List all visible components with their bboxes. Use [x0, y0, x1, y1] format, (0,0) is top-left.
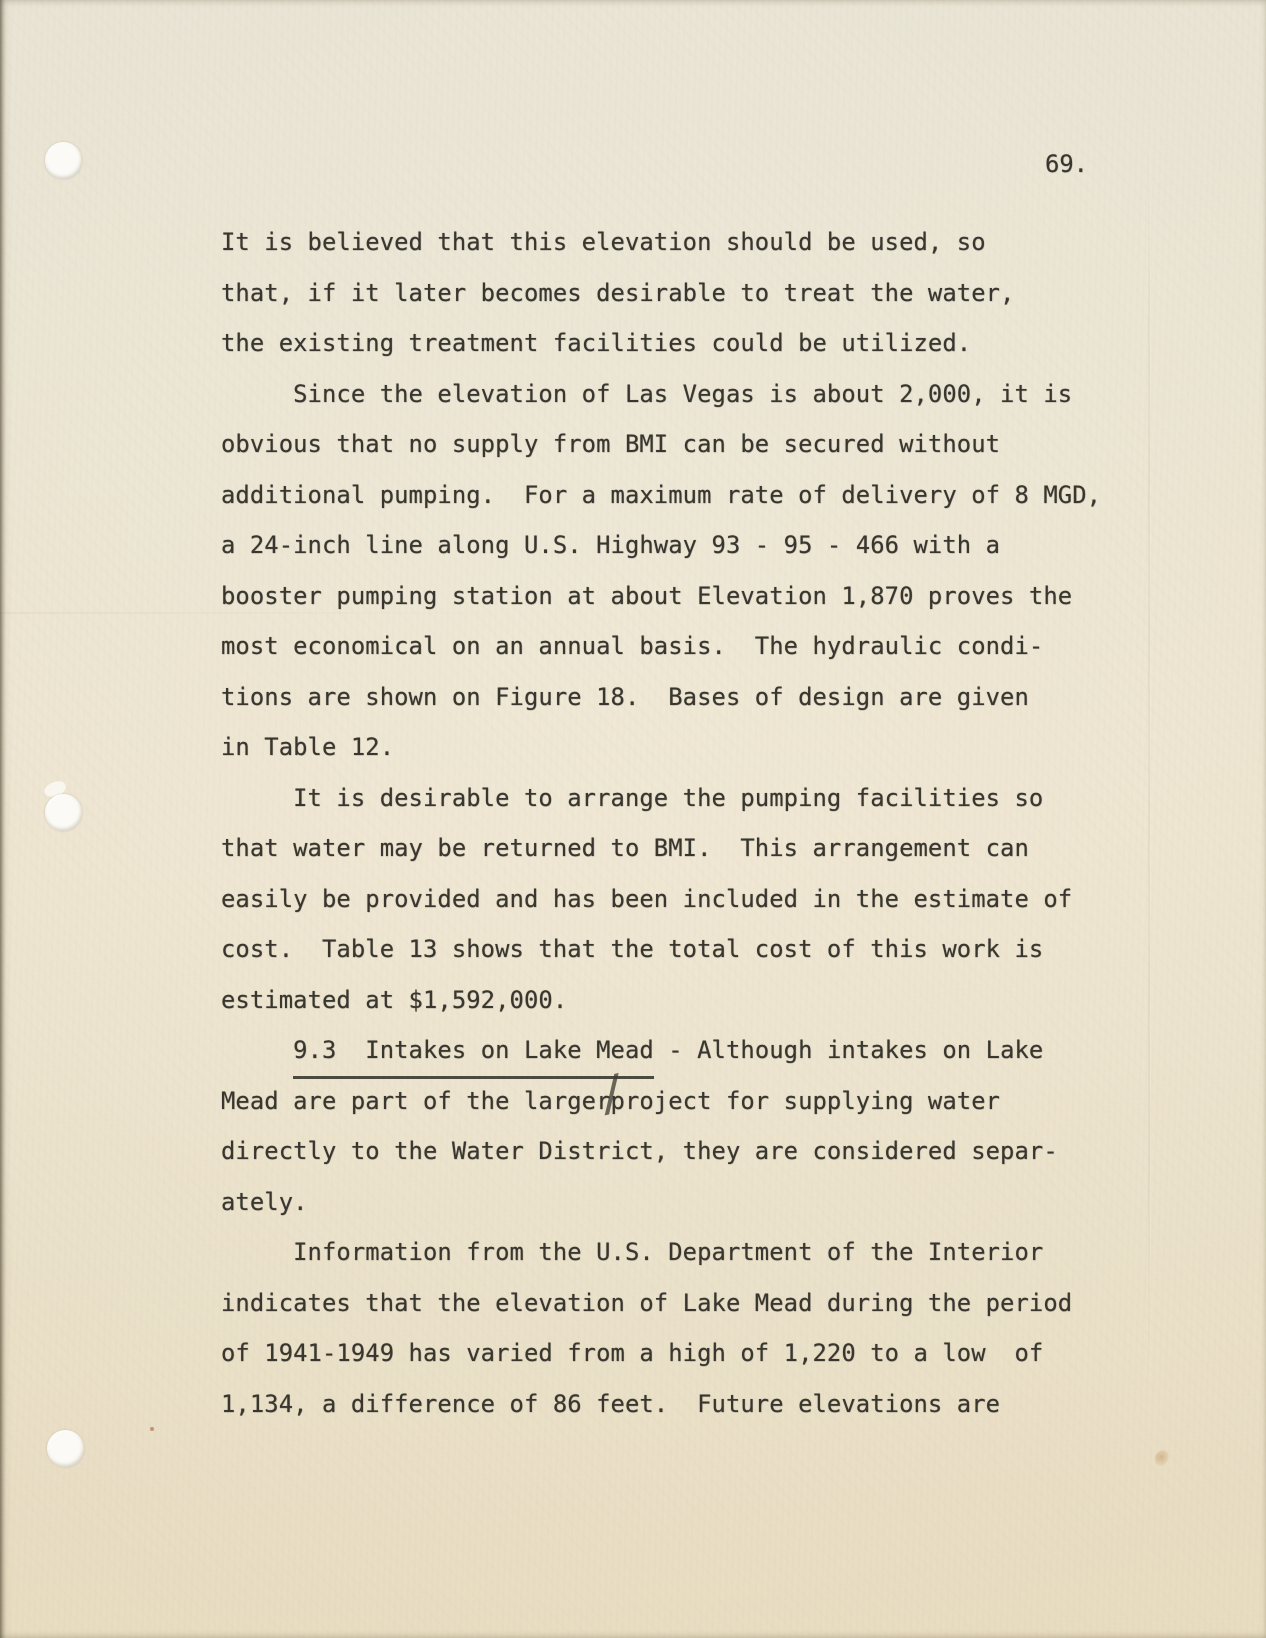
page-number: 69. [1045, 139, 1088, 190]
text-line: 1,134, a difference of 86 feet. Future e… [221, 1379, 1121, 1430]
text-line: It is believed that this elevation shoul… [221, 217, 1121, 268]
text-line: booster pumping station at about Elevati… [221, 571, 1121, 622]
rust-speck [150, 1427, 154, 1431]
indent [221, 1036, 293, 1064]
text-line: easily be provided and has been included… [221, 874, 1121, 925]
vertical-crease [1148, 150, 1150, 1380]
scanned-document-page: 69. It is believed that this elevation s… [0, 0, 1266, 1638]
text-line: It is desirable to arrange the pumping f… [221, 773, 1121, 824]
hole-punch-bottom [47, 1430, 84, 1467]
text-line: that, if it later becomes desirable to t… [221, 268, 1121, 319]
text-line: cost. Table 13 shows that the total cost… [221, 924, 1121, 975]
text-line: ately. [221, 1177, 1121, 1228]
text-line: the existing treatment facilities could … [221, 318, 1121, 369]
hole-punch-middle [45, 794, 82, 831]
text-line: directly to the Water District, they are… [221, 1126, 1121, 1177]
left-edge-shadow [0, 0, 6, 1638]
rust-stain [1153, 1448, 1171, 1467]
text-line: most economical on an annual basis. The … [221, 621, 1121, 672]
text-line: Since the elevation of Las Vegas is abou… [221, 369, 1121, 420]
text-line: of 1941-1949 has varied from a high of 1… [221, 1328, 1121, 1379]
text-line: Mead are part of the largerproject for s… [221, 1076, 1121, 1127]
text-line: additional pumping. For a maximum rate o… [221, 470, 1121, 521]
text-line: estimated at $1,592,000. [221, 975, 1121, 1026]
typed-text-block: It is believed that this elevation shoul… [221, 217, 1121, 1429]
text-line: that water may be returned to BMI. This … [221, 823, 1121, 874]
text-line: indicates that the elevation of Lake Mea… [221, 1278, 1121, 1329]
text-line: in Table 12. [221, 722, 1121, 773]
text-line: 9.3 Intakes on Lake Mead - Although inta… [221, 1025, 1121, 1076]
text-line: tions are shown on Figure 18. Bases of d… [221, 672, 1121, 723]
heading-line-rest: - Although intakes on Lake [654, 1036, 1044, 1064]
hole-punch-top [45, 142, 82, 179]
text-line: Information from the U.S. Department of … [221, 1227, 1121, 1278]
text-line: a 24-inch line along U.S. Highway 93 - 9… [221, 520, 1121, 571]
text-line: obvious that no supply from BMI can be s… [221, 419, 1121, 470]
